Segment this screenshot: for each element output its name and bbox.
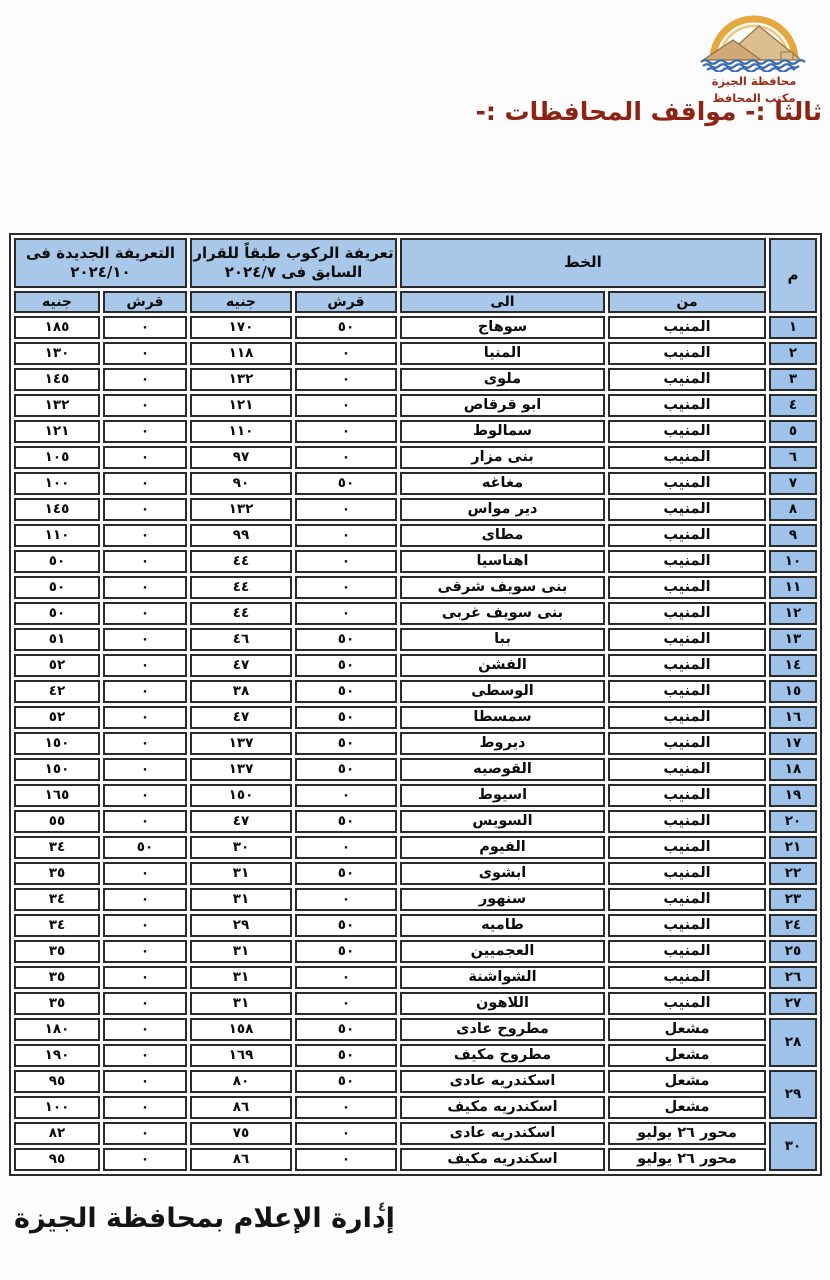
- old-genih-cell: ٣١: [190, 888, 292, 911]
- from-cell: المنيب: [608, 654, 766, 677]
- column-header-old-tariff: تعريفة الركوب طبقاً للقرار السابق فى ٢٠٢…: [190, 238, 397, 288]
- new-qirsh-cell: ٠: [103, 394, 187, 417]
- table-row: ١٩المنيباسيوط٠١٥٠٠١٦٥: [14, 784, 817, 807]
- to-cell: اللاهون: [400, 992, 605, 1015]
- new-qirsh-cell: ٠: [103, 576, 187, 599]
- table-row: ٢٣المنيبسنهور٠٣١٠٣٤: [14, 888, 817, 911]
- to-cell: الشواشنة: [400, 966, 605, 989]
- old-genih-cell: ٤٤: [190, 550, 292, 573]
- from-cell: المنيب: [608, 420, 766, 443]
- new-qirsh-cell: ٠: [103, 992, 187, 1015]
- new-genih-cell: ٣٤: [14, 888, 100, 911]
- old-qirsh-cell: ٠: [295, 576, 397, 599]
- row-number-cell: ٨: [769, 498, 817, 521]
- new-qirsh-cell: ٠: [103, 940, 187, 963]
- old-genih-cell: ٣١: [190, 940, 292, 963]
- column-header-new-qirsh: قرش: [103, 291, 187, 313]
- to-cell: القوصيه: [400, 758, 605, 781]
- to-cell: دير مواس: [400, 498, 605, 521]
- new-genih-cell: ٩٥: [14, 1070, 100, 1093]
- new-genih-cell: ١٣٠: [14, 342, 100, 365]
- row-number-cell: ٢٠: [769, 810, 817, 833]
- to-cell: الفشن: [400, 654, 605, 677]
- new-qirsh-cell: ٠: [103, 498, 187, 521]
- row-number-cell: ١٠: [769, 550, 817, 573]
- from-cell: مشعل: [608, 1096, 766, 1119]
- from-cell: المنيب: [608, 966, 766, 989]
- row-number-cell: ٢٥: [769, 940, 817, 963]
- old-genih-cell: ٩٧: [190, 446, 292, 469]
- from-cell: محور ٢٦ يوليو: [608, 1148, 766, 1171]
- from-cell: المنيب: [608, 446, 766, 469]
- old-genih-cell: ٣٠: [190, 836, 292, 859]
- old-genih-cell: ٤٤: [190, 576, 292, 599]
- old-qirsh-cell: ٥٠: [295, 914, 397, 937]
- from-cell: مشعل: [608, 1018, 766, 1041]
- to-cell: ابشوى: [400, 862, 605, 885]
- old-genih-cell: ١٣٢: [190, 498, 292, 521]
- new-qirsh-cell: ٠: [103, 420, 187, 443]
- to-cell: بنى سويف شرقى: [400, 576, 605, 599]
- old-qirsh-cell: ٠: [295, 966, 397, 989]
- from-cell: مشعل: [608, 1044, 766, 1067]
- giza-governorate-logo: محافظة الجيزة مكتب المحافظ: [688, 10, 820, 106]
- table-row: ١٦المنيبسمسطا٥٠٤٧٠٥٢: [14, 706, 817, 729]
- old-genih-cell: ٣١: [190, 862, 292, 885]
- old-genih-cell: ١٦٩: [190, 1044, 292, 1067]
- new-genih-cell: ٥٠: [14, 550, 100, 573]
- table-row: ١٠المنيباهناسيا٠٤٤٠٥٠: [14, 550, 817, 573]
- table-row: ٢٠المنيبالسويس٥٠٤٧٠٥٥: [14, 810, 817, 833]
- to-cell: سنهور: [400, 888, 605, 911]
- from-cell: المنيب: [608, 394, 766, 417]
- to-cell: سوهاج: [400, 316, 605, 339]
- row-number-cell: ١١: [769, 576, 817, 599]
- from-cell: المنيب: [608, 316, 766, 339]
- new-genih-cell: ١٤٥: [14, 368, 100, 391]
- row-number-cell: ٢٤: [769, 914, 817, 937]
- old-genih-cell: ٣٨: [190, 680, 292, 703]
- new-qirsh-cell: ٠: [103, 758, 187, 781]
- table-row: ٦المنيببنى مزار٠٩٧٠١٠٥: [14, 446, 817, 469]
- to-cell: السويس: [400, 810, 605, 833]
- new-qirsh-cell: ٠: [103, 1148, 187, 1171]
- old-qirsh-cell: ٥٠: [295, 628, 397, 651]
- to-cell: اسكندريه مكيف: [400, 1096, 605, 1119]
- to-cell: مطروح عادى: [400, 1018, 605, 1041]
- from-cell: المنيب: [608, 914, 766, 937]
- old-genih-cell: ٢٩: [190, 914, 292, 937]
- new-genih-cell: ٣٥: [14, 940, 100, 963]
- new-qirsh-cell: ٠: [103, 550, 187, 573]
- from-cell: المنيب: [608, 602, 766, 625]
- table-row: مشعلاسكندريه مكيف٠٨٦٠١٠٠: [14, 1096, 817, 1119]
- old-genih-cell: ٩٠: [190, 472, 292, 495]
- column-header-new-tariff: التعريفة الجديدة فى ٢٠٢٤/١٠: [14, 238, 187, 288]
- from-cell: المنيب: [608, 628, 766, 651]
- table-row: محور ٢٦ يوليواسكندريه مكيف٠٨٦٠٩٥: [14, 1148, 817, 1171]
- to-cell: طاميه: [400, 914, 605, 937]
- new-qirsh-cell: ٠: [103, 1096, 187, 1119]
- new-qirsh-cell: ٠: [103, 784, 187, 807]
- old-qirsh-cell: ٥٠: [295, 680, 397, 703]
- new-qirsh-cell: ٠: [103, 524, 187, 547]
- row-number-cell: ٥: [769, 420, 817, 443]
- new-qirsh-cell: ٠: [103, 706, 187, 729]
- new-genih-cell: ١٥٠: [14, 758, 100, 781]
- column-header-old-qirsh: قرش: [295, 291, 397, 313]
- old-qirsh-cell: ٠: [295, 420, 397, 443]
- new-genih-cell: ١٠٠: [14, 472, 100, 495]
- old-qirsh-cell: ٠: [295, 1122, 397, 1145]
- tariff-table-body: ١المنيبسوهاج٥٠١٧٠٠١٨٥٢المنيبالمنيا٠١١٨٠١…: [14, 316, 817, 1171]
- new-genih-cell: ١٣٢: [14, 394, 100, 417]
- table-row: ٢٨مشعلمطروح عادى٥٠١٥٨٠١٨٠: [14, 1018, 817, 1041]
- from-cell: المنيب: [608, 836, 766, 859]
- table-row: ١١المنيببنى سويف شرقى٠٤٤٠٥٠: [14, 576, 817, 599]
- row-number-cell: ٧: [769, 472, 817, 495]
- from-cell: المنيب: [608, 784, 766, 807]
- new-genih-cell: ١٥٠: [14, 732, 100, 755]
- new-genih-cell: ٥٠: [14, 576, 100, 599]
- old-genih-cell: ٩٩: [190, 524, 292, 547]
- to-cell: ابو قرقاص: [400, 394, 605, 417]
- to-cell: مغاغه: [400, 472, 605, 495]
- table-row: ٣المنيبملوى٠١٣٢٠١٤٥: [14, 368, 817, 391]
- from-cell: المنيب: [608, 368, 766, 391]
- new-qirsh-cell: ٠: [103, 1122, 187, 1145]
- row-number-cell: ١٧: [769, 732, 817, 755]
- table-row: ٢٢المنيبابشوى٥٠٣١٠٣٥: [14, 862, 817, 885]
- new-genih-cell: ٥٠: [14, 602, 100, 625]
- to-cell: اسكندريه عادى: [400, 1122, 605, 1145]
- table-row: ٣٠محور ٢٦ يوليواسكندريه عادى٠٧٥٠٨٢: [14, 1122, 817, 1145]
- table-row: ١٣المنيبببا٥٠٤٦٠٥١: [14, 628, 817, 651]
- table-row: ٢٩مشعلاسكندريه عادى٥٠٨٠٠٩٥: [14, 1070, 817, 1093]
- row-number-cell: ٢٦: [769, 966, 817, 989]
- to-cell: ديروط: [400, 732, 605, 755]
- from-cell: المنيب: [608, 342, 766, 365]
- new-qirsh-cell: ٠: [103, 888, 187, 911]
- new-genih-cell: ١٨٠: [14, 1018, 100, 1041]
- new-qirsh-cell: ٠: [103, 316, 187, 339]
- new-qirsh-cell: ٠: [103, 654, 187, 677]
- new-genih-cell: ٥١: [14, 628, 100, 651]
- new-qirsh-cell: ٠: [103, 1044, 187, 1067]
- to-cell: الوسطى: [400, 680, 605, 703]
- new-genih-cell: ٩٥: [14, 1148, 100, 1171]
- old-qirsh-cell: ٠: [295, 992, 397, 1015]
- old-qirsh-cell: ٥٠: [295, 654, 397, 677]
- to-cell: اسكندريه مكيف: [400, 1148, 605, 1171]
- new-genih-cell: ٣٥: [14, 992, 100, 1015]
- new-qirsh-cell: ٠: [103, 966, 187, 989]
- row-number-cell: ٩: [769, 524, 817, 547]
- new-genih-cell: ٥٢: [14, 706, 100, 729]
- from-cell: المنيب: [608, 940, 766, 963]
- new-qirsh-cell: ٠: [103, 446, 187, 469]
- new-qirsh-cell: ٥٠: [103, 836, 187, 859]
- new-genih-cell: ٣٥: [14, 966, 100, 989]
- new-genih-cell: ٥٢: [14, 654, 100, 677]
- table-row: ٨المنيبدير مواس٠١٣٢٠١٤٥: [14, 498, 817, 521]
- new-qirsh-cell: ٠: [103, 602, 187, 625]
- to-cell: مطروح مكيف: [400, 1044, 605, 1067]
- new-genih-cell: ١٨٥: [14, 316, 100, 339]
- from-cell: المنيب: [608, 992, 766, 1015]
- table-row: ٩المنيبمطاى٠٩٩٠١١٠: [14, 524, 817, 547]
- new-qirsh-cell: ٠: [103, 680, 187, 703]
- old-qirsh-cell: ٠: [295, 836, 397, 859]
- new-qirsh-cell: ٠: [103, 368, 187, 391]
- row-number-cell: ٢٢: [769, 862, 817, 885]
- row-number-cell: ٢: [769, 342, 817, 365]
- from-cell: محور ٢٦ يوليو: [608, 1122, 766, 1145]
- to-cell: اسيوط: [400, 784, 605, 807]
- old-genih-cell: ١٧٠: [190, 316, 292, 339]
- from-cell: المنيب: [608, 498, 766, 521]
- old-qirsh-cell: ٥٠: [295, 1044, 397, 1067]
- table-row: ٥المنيبسمالوط٠١١٠٠١٢١: [14, 420, 817, 443]
- section-heading: ثالثا :- مواقف المحافظات :-: [475, 97, 822, 126]
- from-cell: المنيب: [608, 550, 766, 573]
- table-row: مشعلمطروح مكيف٥٠١٦٩٠١٩٠: [14, 1044, 817, 1067]
- row-number-cell: ٣: [769, 368, 817, 391]
- old-qirsh-cell: ٠: [295, 368, 397, 391]
- table-row: ١٤المنيبالفشن٥٠٤٧٠٥٢: [14, 654, 817, 677]
- old-qirsh-cell: ٥٠: [295, 706, 397, 729]
- from-cell: مشعل: [608, 1070, 766, 1093]
- old-qirsh-cell: ٠: [295, 784, 397, 807]
- new-genih-cell: ٨٢: [14, 1122, 100, 1145]
- to-cell: بنى سويف غربى: [400, 602, 605, 625]
- old-qirsh-cell: ٥٠: [295, 1070, 397, 1093]
- to-cell: بنى مزار: [400, 446, 605, 469]
- row-number-cell: ٢٣: [769, 888, 817, 911]
- new-genih-cell: ١٩٠: [14, 1044, 100, 1067]
- old-genih-cell: ١١٨: [190, 342, 292, 365]
- from-cell: المنيب: [608, 680, 766, 703]
- row-number-cell: ٢٧: [769, 992, 817, 1015]
- new-genih-cell: ٤٢: [14, 680, 100, 703]
- row-number-cell: ٣٠: [769, 1122, 817, 1171]
- from-cell: المنيب: [608, 862, 766, 885]
- old-genih-cell: ١٢١: [190, 394, 292, 417]
- old-genih-cell: ١٣٢: [190, 368, 292, 391]
- from-cell: المنيب: [608, 732, 766, 755]
- table-row: ٢٧المنيباللاهون٠٣١٠٣٥: [14, 992, 817, 1015]
- table-row: ٢المنيبالمنيا٠١١٨٠١٣٠: [14, 342, 817, 365]
- pyramids-sun-logo-icon: [693, 10, 815, 72]
- new-genih-cell: ١١٠: [14, 524, 100, 547]
- column-header-from: من: [608, 291, 766, 313]
- old-genih-cell: ١٥٠: [190, 784, 292, 807]
- to-cell: اسكندريه عادى: [400, 1070, 605, 1093]
- from-cell: المنيب: [608, 758, 766, 781]
- old-genih-cell: ١٣٧: [190, 758, 292, 781]
- new-qirsh-cell: ٠: [103, 1018, 187, 1041]
- old-qirsh-cell: ٠: [295, 550, 397, 573]
- old-genih-cell: ١١٠: [190, 420, 292, 443]
- row-number-cell: ١٢: [769, 602, 817, 625]
- old-qirsh-cell: ٥٠: [295, 316, 397, 339]
- row-number-cell: ١٦: [769, 706, 817, 729]
- table-row: ١المنيبسوهاج٥٠١٧٠٠١٨٥: [14, 316, 817, 339]
- old-qirsh-cell: ٥٠: [295, 862, 397, 885]
- old-qirsh-cell: ٠: [295, 446, 397, 469]
- old-qirsh-cell: ٥٠: [295, 758, 397, 781]
- new-genih-cell: ٣٥: [14, 862, 100, 885]
- old-genih-cell: ٣١: [190, 992, 292, 1015]
- old-qirsh-cell: ٥٠: [295, 732, 397, 755]
- old-qirsh-cell: ٥٠: [295, 1018, 397, 1041]
- old-qirsh-cell: ٠: [295, 602, 397, 625]
- to-cell: العجميين: [400, 940, 605, 963]
- from-cell: المنيب: [608, 472, 766, 495]
- old-genih-cell: ١٥٨: [190, 1018, 292, 1041]
- column-header-to: الى: [400, 291, 605, 313]
- tariff-table: م الخط تعريفة الركوب طبقاً للقرار السابق…: [9, 233, 822, 1176]
- old-genih-cell: ١٣٧: [190, 732, 292, 755]
- to-cell: سمسطا: [400, 706, 605, 729]
- table-row: ١٧المنيبديروط٥٠١٣٧٠١٥٠: [14, 732, 817, 755]
- old-genih-cell: ٧٥: [190, 1122, 292, 1145]
- row-number-cell: ٢١: [769, 836, 817, 859]
- old-genih-cell: ٤٦: [190, 628, 292, 651]
- new-qirsh-cell: ٠: [103, 914, 187, 937]
- table-row: ١٨المنيبالقوصيه٥٠١٣٧٠١٥٠: [14, 758, 817, 781]
- row-number-cell: ١٥: [769, 680, 817, 703]
- old-qirsh-cell: ٠: [295, 498, 397, 521]
- footer-department: إدارة الإعلام بمحافظة الجيزة: [14, 1203, 395, 1234]
- row-number-cell: ١٤: [769, 654, 817, 677]
- from-cell: المنيب: [608, 810, 766, 833]
- table-row: ٢٤المنيبطاميه٥٠٢٩٠٣٤: [14, 914, 817, 937]
- column-header-line: الخط: [400, 238, 766, 288]
- new-genih-cell: ١٦٥: [14, 784, 100, 807]
- old-qirsh-cell: ٠: [295, 888, 397, 911]
- tariff-table-header: م الخط تعريفة الركوب طبقاً للقرار السابق…: [14, 238, 817, 313]
- new-genih-cell: ١٢١: [14, 420, 100, 443]
- table-row: ١٥المنيبالوسطى٥٠٣٨٠٤٢: [14, 680, 817, 703]
- old-genih-cell: ٨٠: [190, 1070, 292, 1093]
- new-qirsh-cell: ٠: [103, 342, 187, 365]
- new-genih-cell: ٣٤: [14, 836, 100, 859]
- table-row: ٤المنيبابو قرقاص٠١٢١٠١٣٢: [14, 394, 817, 417]
- row-number-cell: ٦: [769, 446, 817, 469]
- from-cell: المنيب: [608, 888, 766, 911]
- column-header-old-genih: جنيه: [190, 291, 292, 313]
- new-qirsh-cell: ٠: [103, 732, 187, 755]
- new-qirsh-cell: ٠: [103, 810, 187, 833]
- new-qirsh-cell: ٠: [103, 1070, 187, 1093]
- table-row: ٧المنيبمغاغه٥٠٩٠٠١٠٠: [14, 472, 817, 495]
- row-number-cell: ٢٨: [769, 1018, 817, 1067]
- old-qirsh-cell: ٥٠: [295, 810, 397, 833]
- old-genih-cell: ٤٤: [190, 602, 292, 625]
- old-genih-cell: ٤٧: [190, 810, 292, 833]
- new-genih-cell: ١٤٥: [14, 498, 100, 521]
- row-number-cell: ١: [769, 316, 817, 339]
- old-qirsh-cell: ٠: [295, 524, 397, 547]
- old-genih-cell: ٣١: [190, 966, 292, 989]
- to-cell: مطاى: [400, 524, 605, 547]
- old-qirsh-cell: ٠: [295, 342, 397, 365]
- row-number-cell: ١٣: [769, 628, 817, 651]
- old-qirsh-cell: ٥٠: [295, 472, 397, 495]
- from-cell: المنيب: [608, 524, 766, 547]
- to-cell: الفيوم: [400, 836, 605, 859]
- table-row: ٢٦المنيبالشواشنة٠٣١٠٣٥: [14, 966, 817, 989]
- table-row: ٢١المنيبالفيوم٠٣٠٥٠٣٤: [14, 836, 817, 859]
- logo-org-name: محافظة الجيزة: [688, 74, 820, 89]
- old-genih-cell: ٨٦: [190, 1096, 292, 1119]
- row-number-cell: ١٨: [769, 758, 817, 781]
- new-qirsh-cell: ٠: [103, 472, 187, 495]
- document-page: محافظة الجيزة مكتب المحافظ ثالثا :- مواق…: [0, 0, 830, 1280]
- table-row: ١٢المنيببنى سويف غربى٠٤٤٠٥٠: [14, 602, 817, 625]
- to-cell: سمالوط: [400, 420, 605, 443]
- new-genih-cell: ٣٤: [14, 914, 100, 937]
- to-cell: ببا: [400, 628, 605, 651]
- row-number-cell: ١٩: [769, 784, 817, 807]
- to-cell: المنيا: [400, 342, 605, 365]
- old-qirsh-cell: ٠: [295, 1148, 397, 1171]
- new-genih-cell: ٥٥: [14, 810, 100, 833]
- old-qirsh-cell: ٠: [295, 1096, 397, 1119]
- new-qirsh-cell: ٠: [103, 628, 187, 651]
- new-qirsh-cell: ٠: [103, 862, 187, 885]
- column-header-index: م: [769, 238, 817, 313]
- column-header-new-genih: جنيه: [14, 291, 100, 313]
- from-cell: المنيب: [608, 706, 766, 729]
- old-qirsh-cell: ٠: [295, 394, 397, 417]
- new-genih-cell: ١٠٠: [14, 1096, 100, 1119]
- old-genih-cell: ٤٧: [190, 654, 292, 677]
- old-qirsh-cell: ٥٠: [295, 940, 397, 963]
- from-cell: المنيب: [608, 576, 766, 599]
- table-row: ٢٥المنيبالعجميين٥٠٣١٠٣٥: [14, 940, 817, 963]
- row-number-cell: ٤: [769, 394, 817, 417]
- old-genih-cell: ٤٧: [190, 706, 292, 729]
- to-cell: اهناسيا: [400, 550, 605, 573]
- row-number-cell: ٢٩: [769, 1070, 817, 1119]
- to-cell: ملوى: [400, 368, 605, 391]
- new-genih-cell: ١٠٥: [14, 446, 100, 469]
- old-genih-cell: ٨٦: [190, 1148, 292, 1171]
